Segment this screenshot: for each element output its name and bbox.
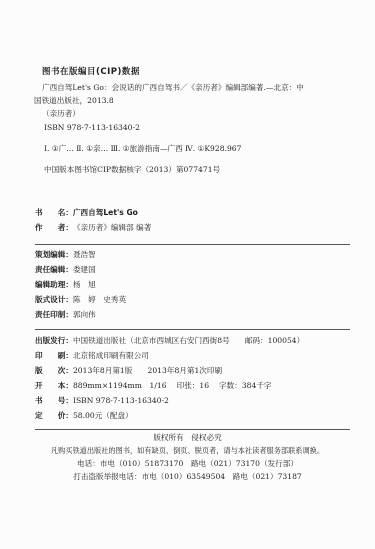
staff-value: 郭向伟 xyxy=(73,310,96,319)
staff-row: 策划编辑：聂浩智 xyxy=(35,250,96,260)
pub-label: 定 价： xyxy=(35,411,73,421)
book-title-label: 书 名： xyxy=(35,208,73,218)
staff-label: 编辑助理： xyxy=(35,280,73,290)
pub-label: 版 次： xyxy=(35,366,73,376)
staff-value: 陈 婷 史秀英 xyxy=(73,295,126,304)
divider-1 xyxy=(35,244,350,245)
staff-row: 责任印制：郭向伟 xyxy=(35,310,96,320)
pub-label: 印 刷： xyxy=(35,351,73,361)
book-title-row: 书 名：广西自驾Let's Go xyxy=(35,208,138,218)
pub-row: 版 次：2013年8月第1版 2013年8月第1次印刷 xyxy=(35,366,222,376)
divider-3 xyxy=(35,429,350,430)
staff-label: 策划编辑： xyxy=(35,250,73,260)
pub-value: 北京铭成印刷有限公司 xyxy=(73,351,149,360)
pub-value: 2013年8月第1版 2013年8月第1次印刷 xyxy=(73,366,222,375)
staff-value: 聂浩智 xyxy=(73,250,96,259)
pub-row: 开 本：889mm×1194mm 1/16 印张：16 字数：384千字 xyxy=(35,381,272,391)
staff-row: 责任编辑：娄建国 xyxy=(35,265,96,275)
staff-row: 版式设计：陈 婷 史秀英 xyxy=(35,295,126,305)
book-title-value: 广西自驾Let's Go xyxy=(73,208,138,217)
staff-label: 责任编辑： xyxy=(35,265,73,275)
cip-series: （亲历者） xyxy=(42,109,80,119)
staff-value: 娄建国 xyxy=(73,265,96,274)
book-author-value: 《亲历者》编辑部 编著 xyxy=(73,223,151,232)
staff-value: 杨 旭 xyxy=(73,280,96,289)
pub-row: 印 刷：北京铭成印刷有限公司 xyxy=(35,351,149,361)
staff-label: 版式设计： xyxy=(35,295,73,305)
pub-label: 书 号： xyxy=(35,396,73,406)
copyright-notice: 凡购买铁道出版社的图书，如有缺页、倒页、脱页者，请与本社读者服务部联系调换。 xyxy=(0,446,375,456)
staff-row: 编辑助理：杨 旭 xyxy=(35,280,96,290)
copyright-phone: 电话：市电（010）51873170 路电（021）73170（发行部） xyxy=(0,459,375,469)
staff-label: 责任印制： xyxy=(35,310,73,320)
pub-label: 出版发行： xyxy=(35,336,73,346)
pub-value: 中国铁道出版社（北京市西城区右安门西街8号 邮码：100054） xyxy=(73,336,304,345)
cip-line-2: 国铁道出版社，2013.8 xyxy=(34,96,114,106)
cip-isbn: ISBN 978-7-113-16340-2 xyxy=(44,123,140,133)
cip-classification: Ⅰ. ①广… Ⅱ. ①亲… Ⅲ. ①旅游指南—广西 Ⅳ. ①K928.967 xyxy=(44,144,241,154)
book-author-row: 作 者：《亲历者》编辑部 编著 xyxy=(35,223,151,233)
pub-value: 889mm×1194mm 1/16 印张：16 字数：384千字 xyxy=(73,381,272,390)
cip-title: 图书在版编目(CIP)数据 xyxy=(42,65,140,77)
pub-value: ISBN 978-7-113-16340-2 xyxy=(73,396,169,405)
pub-row: 定 价：58.00元（配盘） xyxy=(35,411,133,421)
copyright-heading: 版权所有 侵权必究 xyxy=(0,433,375,443)
cip-core-number: 中国版本图书馆CIP数据核字（2013）第077471号 xyxy=(44,165,220,175)
pub-label: 开 本： xyxy=(35,381,73,391)
pub-value: 58.00元（配盘） xyxy=(73,411,133,420)
pub-row: 出版发行：中国铁道出版社（北京市西城区右安门西街8号 邮码：100054） xyxy=(35,336,304,346)
divider-2 xyxy=(35,329,350,330)
pub-row: 书 号：ISBN 978-7-113-16340-2 xyxy=(35,396,169,406)
book-author-label: 作 者： xyxy=(35,223,73,233)
cip-line-1: 广西自驾Let's Go：会说话的广西自驾书／《亲历者》编辑部编著.—北京：中 xyxy=(42,83,304,93)
copyright-piracy-phone: 打击盗版举报电话：市电（010）63549504 路电（021）73187 xyxy=(0,472,375,482)
